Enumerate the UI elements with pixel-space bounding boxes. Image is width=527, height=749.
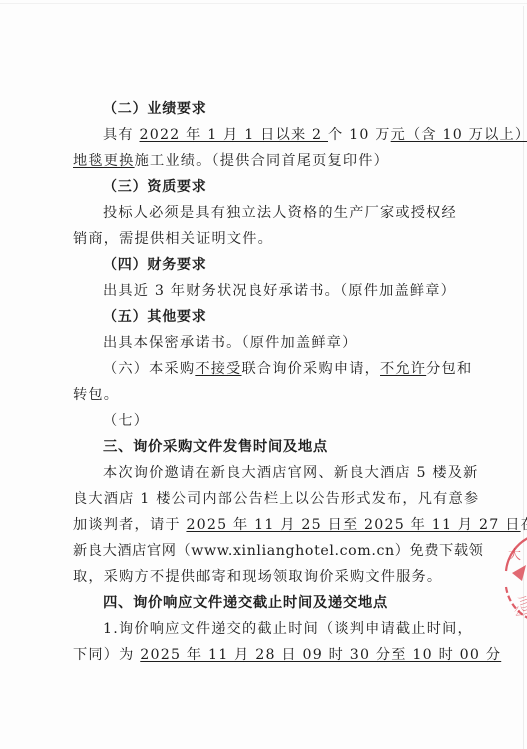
page-edge-right: [523, 6, 524, 749]
section-heading-other: （五）其他要求: [103, 304, 445, 330]
text: 施工业绩。（提供合同首尾页复印件）: [135, 153, 390, 169]
text: （三）资质要求: [103, 179, 207, 195]
paragraph-performance-line1: 具有 2022 年 1 月 1 日以来 2 个 10 万元（含 10 万以上）: [103, 122, 445, 148]
text: 个 10 万: [328, 127, 391, 143]
svg-text:大: 大: [508, 547, 521, 563]
text: 分包和: [426, 361, 472, 377]
page-edge-top: [0, 3, 527, 4]
underlined-text: 不允许: [380, 361, 426, 377]
text: （二）业绩要求: [103, 101, 207, 117]
paragraph-qualification-line2: 销商，需提供相关证明文件。: [73, 226, 445, 252]
text: 1.询价响应文件递交的截止时间（谈判申请截止时间，: [103, 621, 473, 637]
text: 新良大酒店官网（www.xinlianghotel.com.cn）免费下载领: [73, 543, 483, 559]
text: 出具近 3 年财务状况良好承诺书。（原件加盖鲜章）: [103, 283, 456, 299]
text: 良大酒店 1 楼公司内部公告栏上以公告形式发布，凡有意参: [73, 491, 479, 507]
underlined-text: 地毯更换: [73, 153, 135, 169]
text: （六）本采购: [103, 361, 195, 377]
text: 三、询价采购文件发售时间及地点: [103, 439, 328, 455]
text: （五）其他要求: [103, 309, 207, 325]
text: （四）财务要求: [103, 257, 207, 273]
text: 联合询价采购申请，: [242, 361, 381, 377]
text: 出具本保密承诺书。（原件加盖鲜章）: [103, 335, 358, 351]
text: 转包。: [73, 387, 119, 403]
paragraph-three-line4: 新良大酒店官网（www.xinlianghotel.com.cn）免费下载领: [73, 538, 445, 564]
section-heading-finance: （四）财务要求: [103, 252, 445, 278]
text: 销商，需提供相关证明文件。: [73, 231, 273, 247]
paragraph-seven: （七）: [103, 408, 445, 434]
underlined-date-range: 2025 年 11 月 25 日至 2025 年 11 月 27 日: [186, 517, 520, 533]
paragraph-other: 出具本保密承诺书。（原件加盖鲜章）: [103, 330, 445, 356]
text: （七）: [103, 413, 149, 429]
paragraph-four-line2: 下同）为 2025 年 11 月 28 日 09 时 30 分至 10 时 00…: [73, 642, 445, 668]
paragraph-six-line2: 转包。: [73, 382, 445, 408]
official-seal-stamp-icon: 大 川川 公: [492, 535, 527, 623]
paragraph-performance-line2: 地毯更换施工业绩。（提供合同首尾页复印件）: [73, 148, 445, 174]
paragraph-three-line2: 良大酒店 1 楼公司内部公告栏上以公告形式发布，凡有意参: [73, 486, 445, 512]
underlined-text: 元（含 10 万以上）: [391, 127, 527, 143]
underlined-text: 不接受: [195, 361, 241, 377]
paragraph-finance: 出具近 3 年财务状况良好承诺书。（原件加盖鲜章）: [103, 278, 445, 304]
paragraph-three-line1: 本次询价邀请在新良大酒店官网、新良大酒店 5 楼及新: [103, 460, 445, 486]
paragraph-four-line1: 1.询价响应文件递交的截止时间（谈判申请截止时间，: [103, 616, 445, 642]
document-page: （二）业绩要求 具有 2022 年 1 月 1 日以来 2 个 10 万元（含 …: [0, 0, 527, 749]
section-heading-performance: （二）业绩要求: [103, 96, 445, 122]
paragraph-six-line1: （六）本采购不接受联合询价采购申请，不允许分包和: [103, 356, 445, 382]
paragraph-three-line5: 取，采购方不提供邮寄和现场领取询价采购文件服务。: [73, 564, 445, 590]
underlined-text: 2022 年 1 月 1 日以来 2: [140, 127, 329, 143]
text: 本次询价邀请在新良大酒店官网、新良大酒店 5 楼及新: [103, 465, 479, 481]
text: 加谈判者，请于: [73, 517, 186, 533]
text: 下同）为: [73, 647, 140, 663]
text: 四、询价响应文件递交截止时间及递交地点: [103, 595, 388, 611]
text: 取，采购方不提供邮寄和现场领取询价采购文件服务。: [73, 569, 442, 585]
section-heading-qualification: （三）资质要求: [103, 174, 445, 200]
paragraph-qualification-line1: 投标人必须是具有独立法人资格的生产厂家或授权经: [103, 200, 445, 226]
section-heading-four: 四、询价响应文件递交截止时间及递交地点: [103, 590, 445, 616]
paragraph-three-line3: 加谈判者，请于 2025 年 11 月 25 日至 2025 年 11 月 27…: [73, 512, 445, 538]
svg-text:公: 公: [514, 605, 525, 618]
text: 投标人必须是具有独立法人资格的生产厂家或授权经: [103, 205, 457, 221]
section-heading-three: 三、询价采购文件发售时间及地点: [103, 434, 445, 460]
text: 具有: [103, 127, 140, 143]
text: 在: [521, 517, 527, 533]
underlined-deadline: 2025 年 11 月 28 日 09 时 30 分至 10 时 00 分: [140, 647, 501, 663]
